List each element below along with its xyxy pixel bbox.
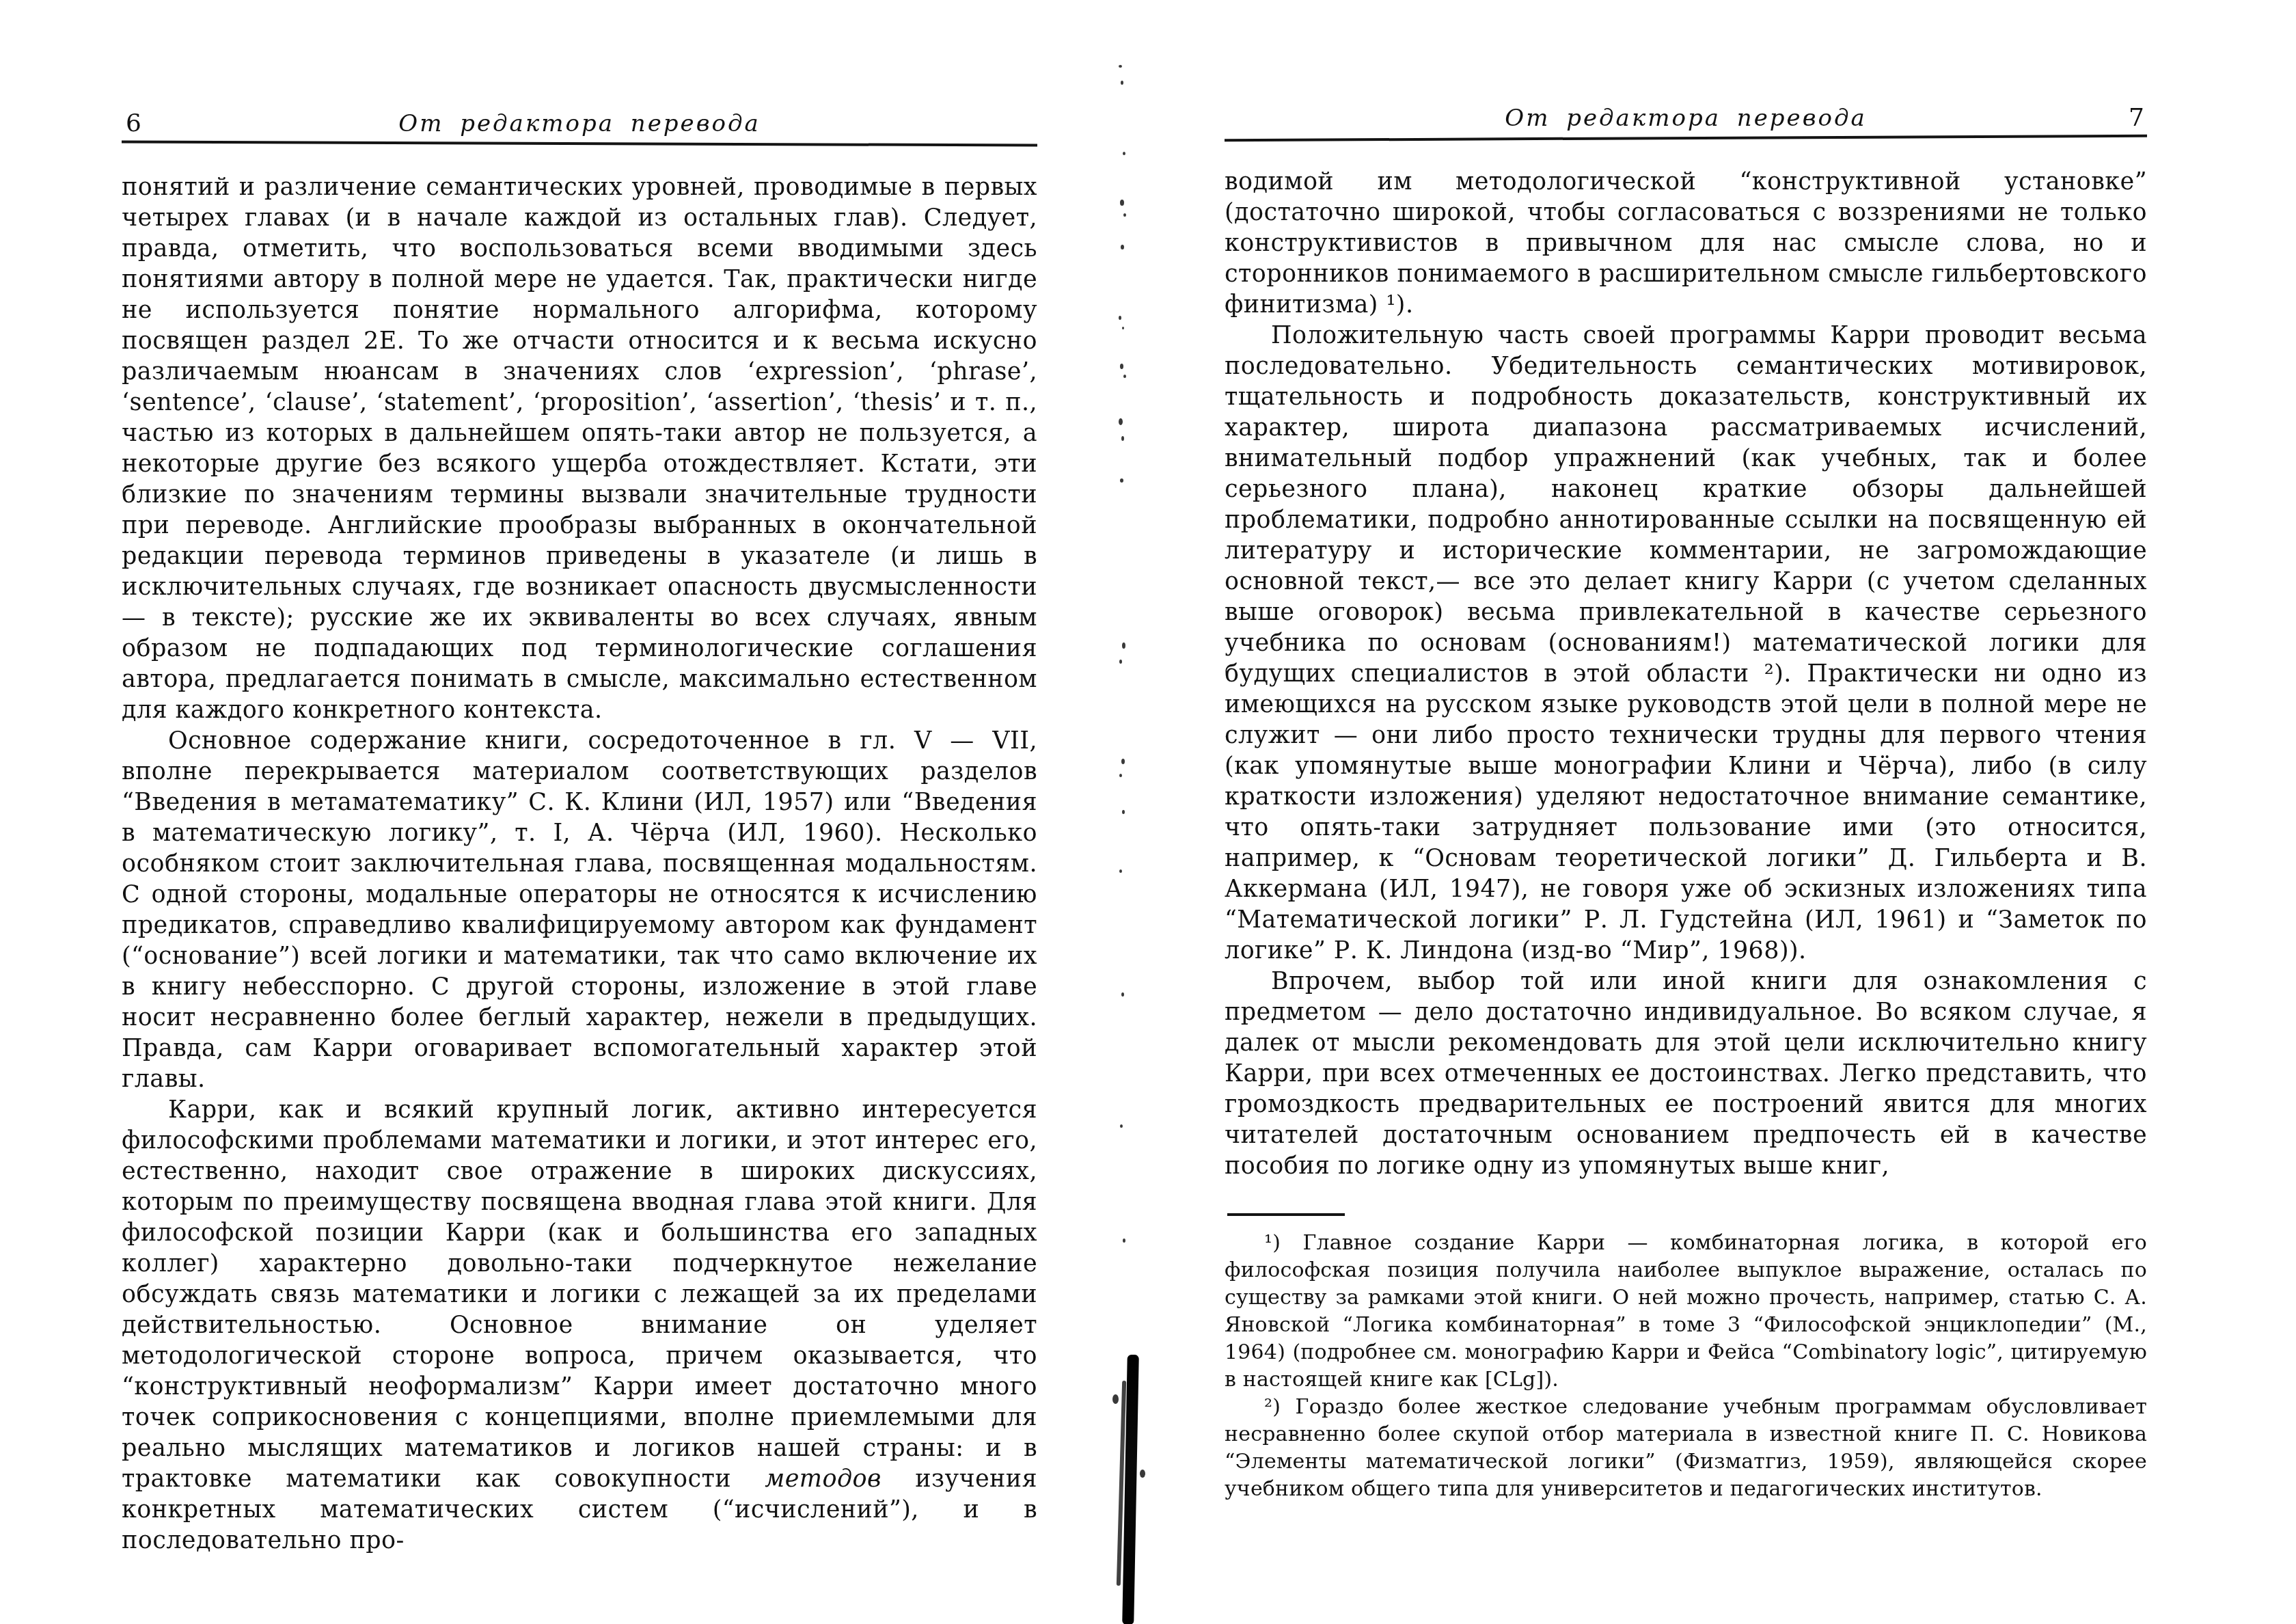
scan-speckle [1120, 364, 1123, 369]
scan-speckle [1121, 81, 1123, 85]
running-head-title-right: От редактора перевода [1225, 103, 2147, 134]
scan-speckle [1121, 245, 1124, 249]
header-rule-right [1225, 135, 2147, 142]
page-number-7: 7 [2129, 103, 2144, 134]
scan-speckle [1121, 992, 1124, 997]
page-7-body: водимой им методологической “конструктив… [1225, 167, 2147, 1182]
scan-speckle [1122, 810, 1125, 814]
paragraph: Основное содержание книги, сосредоточенн… [122, 726, 1037, 1095]
italic-word: методов [765, 1465, 881, 1493]
page-7: От редактора перевода 7 водимой им метод… [1225, 103, 2147, 1503]
scan-speckle [1119, 869, 1122, 873]
scan-speckle [1140, 1470, 1145, 1478]
footnote-list: ¹) Главное создание Карри — комбинаторна… [1225, 1230, 2147, 1503]
scan-speckle [1123, 213, 1126, 217]
scan-speckle [1119, 418, 1123, 425]
running-head-title-left: От редактора перевода [122, 108, 1037, 139]
scan-speckle [1123, 375, 1126, 378]
scan-speckle [1120, 478, 1123, 483]
scan-speckle [1119, 660, 1122, 664]
scan-speckle [1120, 1124, 1123, 1128]
footnote-1: ¹) Главное создание Карри — комбинаторна… [1225, 1230, 2147, 1394]
paragraph: Впрочем, выбор той или иной книги для оз… [1225, 966, 2147, 1182]
page-6-body: понятий и различение семантических уровн… [122, 172, 1037, 1556]
scan-speckle [1112, 1394, 1119, 1404]
header-rule-left [122, 140, 1037, 146]
footnote-rule [1227, 1213, 1345, 1216]
book-spread-scan: 6 От редактора перевода понятий и различ… [0, 0, 2296, 1624]
scan-speckle [1119, 774, 1122, 777]
page-number-6: 6 [126, 108, 141, 139]
paragraph-continuation: водимой им методологической “конструктив… [1225, 167, 2147, 321]
scan-speckle [1121, 436, 1124, 441]
paragraph: Карри, как и всякий крупный логик, актив… [122, 1095, 1037, 1556]
footnote-2: ²) Гораздо более жесткое следование учеб… [1225, 1394, 2147, 1503]
scan-speckle [1119, 65, 1122, 68]
scan-speckle [1122, 327, 1124, 329]
scan-speckle [1122, 642, 1125, 649]
scan-speckle [1123, 152, 1125, 155]
footnotes-section: ¹) Главное создание Карри — комбинаторна… [1225, 1213, 2147, 1503]
paragraph-segment: Карри, как и всякий крупный логик, актив… [122, 1096, 1037, 1493]
scan-speckle [1121, 759, 1125, 764]
running-head-right: От редактора перевода 7 [1225, 103, 2147, 134]
page-6: 6 От редактора перевода понятий и различ… [122, 108, 1037, 1556]
running-head-left: 6 От редактора перевода [122, 108, 1037, 139]
scan-speckle [1120, 200, 1124, 206]
scan-speckle [1123, 1239, 1125, 1243]
paragraph: Положительную часть своей программы Карр… [1225, 321, 2147, 966]
paragraph-continuation: понятий и различение семантических уровн… [122, 172, 1037, 726]
scan-speckle [1119, 316, 1121, 320]
